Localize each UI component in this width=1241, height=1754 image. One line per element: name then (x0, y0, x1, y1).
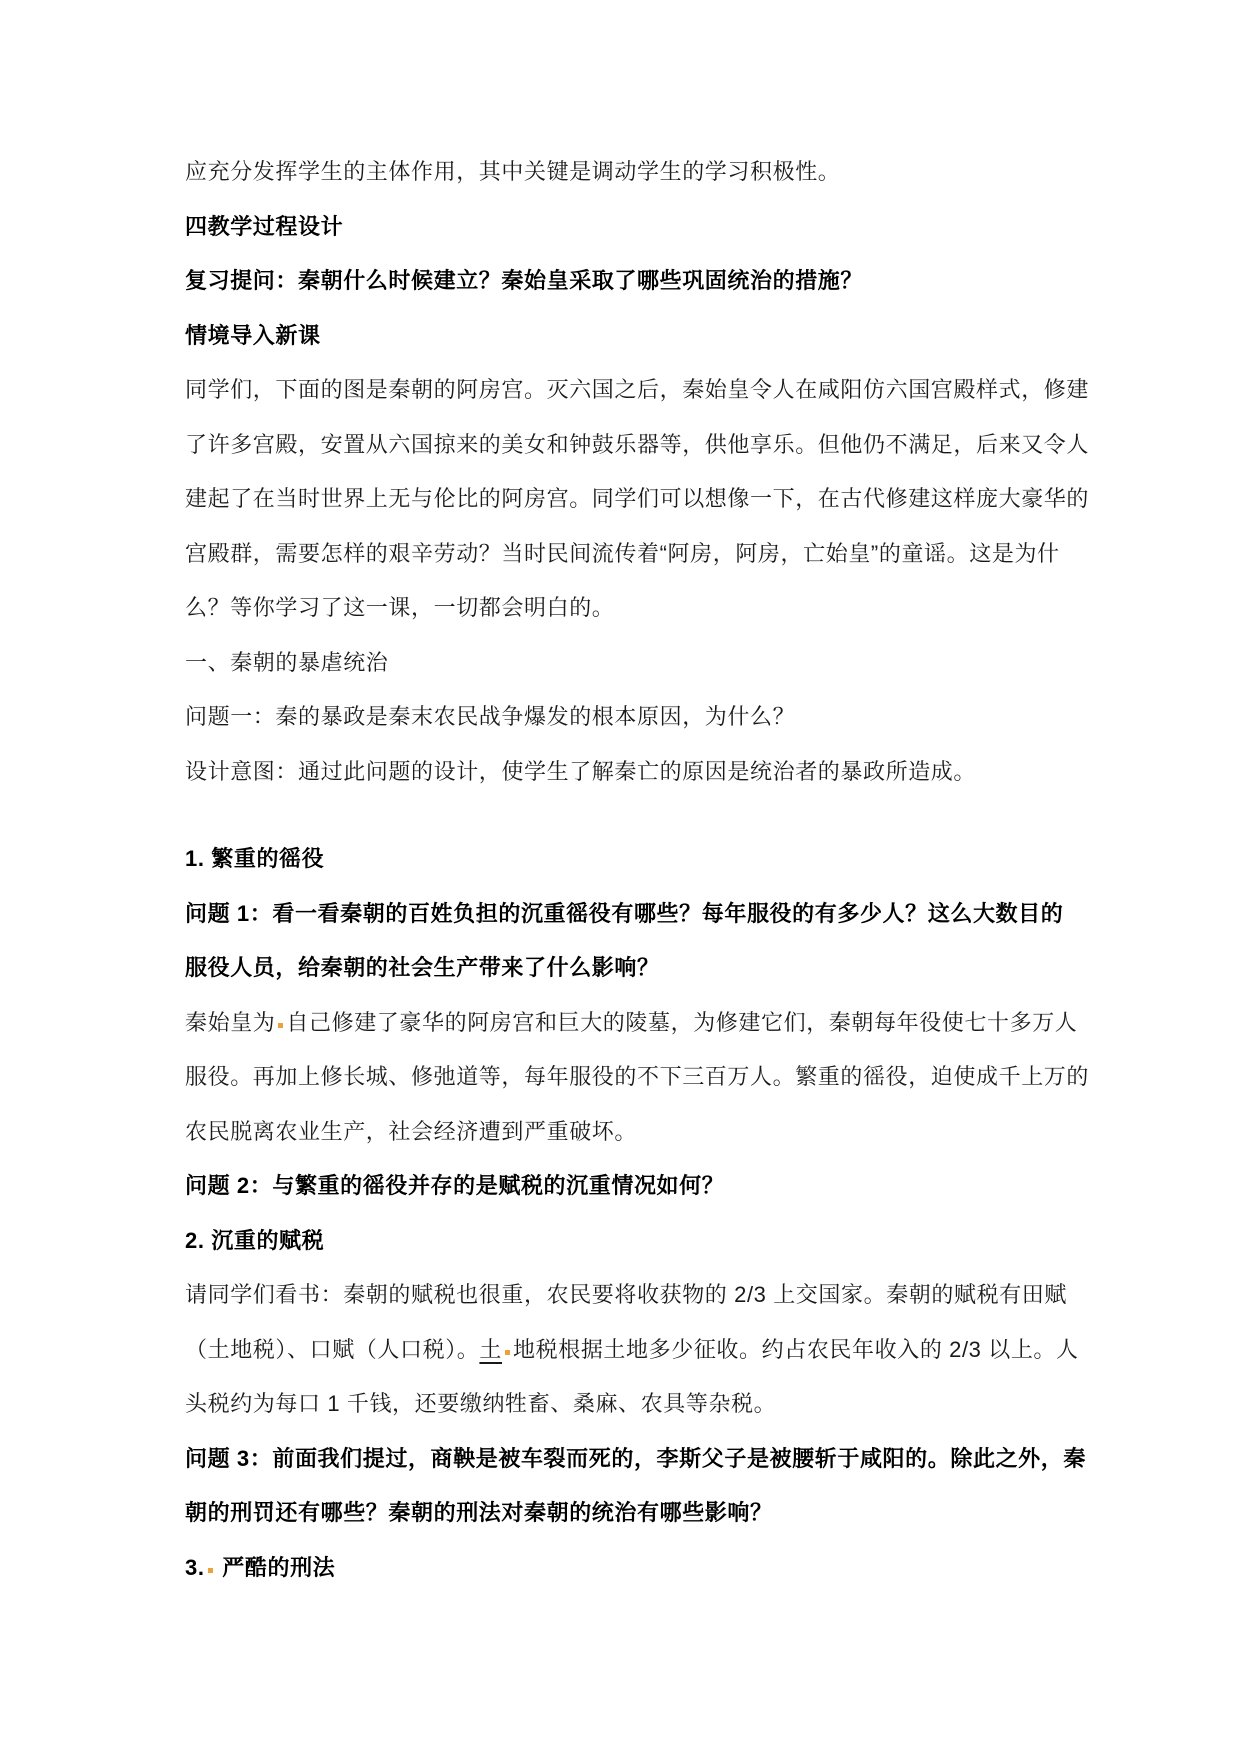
paragraph-line: 同学们，下面的图是秦朝的阿房宫。灭六国之后，秦始皇令人在咸阳仿六国宫殿样式，修建 (185, 363, 1105, 418)
proofing-mark-icon (208, 1568, 213, 1573)
paragraph-line: （土地税）、口赋（人口税）。土地税根据土地多少征收。约占农民年收入的 2/3 以… (185, 1323, 1105, 1378)
document-body: 应充分发挥学生的主体作用，其中关键是调动学生的学习积极性。四教学过程设计复习提问… (185, 145, 1105, 1595)
heading-line: 四教学过程设计 (185, 200, 1105, 255)
paragraph-line: 一、秦朝的暴虐统治 (185, 636, 1105, 691)
paragraph-line: 请同学们看书：秦朝的赋税也很重，农民要将收获物的 2/3 上交国家。秦朝的赋税有… (185, 1268, 1105, 1323)
text-segment: （土地税）、口赋（人口税）。 (185, 1337, 479, 1362)
paragraph-line: 建起了在当时世界上无与伦比的阿房宫。同学们可以想像一下，在古代修建这样庞大豪华的 (185, 472, 1105, 527)
heading-block: 问题 2：与繁重的徭役并存的是赋税的沉重情况如何？ (185, 1159, 1105, 1214)
paragraph-line: 农民脱离农业生产，社会经济遭到严重破坏。 (185, 1105, 1105, 1160)
heading-line: 2. 沉重的赋税 (185, 1214, 1105, 1269)
text-segment: 3. (185, 1555, 205, 1580)
paragraph-line: 么？等你学习了这一课，一切都会明白的。 (185, 581, 1105, 636)
heading-block: 复习提问：秦朝什么时候建立？秦始皇采取了哪些巩固统治的措施？ (185, 254, 1105, 309)
heading-block: 问题 1：看一看秦朝的百姓负担的沉重徭役有哪些？每年服役的有多少人？这么大数目的… (185, 887, 1105, 996)
paragraph-line: 设计意图：通过此问题的设计，使学生了解秦亡的原因是统治者的暴政所造成。 (185, 745, 1105, 800)
paragraph-line: 服役。再加上修长城、修弛道等，每年服役的不下三百万人。繁重的徭役，迫使成千上万的 (185, 1050, 1105, 1105)
paragraph-line: 问题一：秦的暴政是秦末农民战争爆发的根本原因，为什么？ (185, 690, 1105, 745)
paragraph-block: 一、秦朝的暴虐统治 (185, 636, 1105, 691)
proofing-mark-icon (278, 1023, 283, 1028)
paragraph-line: 应充分发挥学生的主体作用，其中关键是调动学生的学习积极性。 (185, 145, 1105, 200)
paragraph-spacer (185, 799, 1105, 832)
text-segment: 自己修建了豪华的阿房宫和巨大的陵墓，为修建它们，秦朝每年役使七十多万人 (286, 1010, 1077, 1035)
heading-block: 2. 沉重的赋税 (185, 1214, 1105, 1269)
heading-line: 复习提问：秦朝什么时候建立？秦始皇采取了哪些巩固统治的措施？ (185, 254, 1105, 309)
heading-block: 情境导入新课 (185, 309, 1105, 364)
paragraph-line: 了许多宫殿，安置从六国掠来的美女和钟鼓乐器等，供他享乐。但他仍不满足，后来又令人 (185, 418, 1105, 473)
paragraph-block: 请同学们看书：秦朝的赋税也很重，农民要将收获物的 2/3 上交国家。秦朝的赋税有… (185, 1268, 1105, 1432)
heading-line: 情境导入新课 (185, 309, 1105, 364)
paragraph-line: 秦始皇为自己修建了豪华的阿房宫和巨大的陵墓，为修建它们，秦朝每年役使七十多万人 (185, 996, 1105, 1051)
paragraph-block: 设计意图：通过此问题的设计，使学生了解秦亡的原因是统治者的暴政所造成。 (185, 745, 1105, 800)
text-segment: 地税根据土地多少征收。约占农民年收入的 2/3 以上。人 (513, 1337, 1079, 1362)
text-segment: 严酷的刑法 (216, 1555, 336, 1580)
text-segment: 秦始皇为 (185, 1010, 275, 1035)
document-page: 应充分发挥学生的主体作用，其中关键是调动学生的学习积极性。四教学过程设计复习提问… (0, 0, 1241, 1754)
heading-block: 四教学过程设计 (185, 200, 1105, 255)
heading-block: 1. 繁重的徭役 (185, 832, 1105, 887)
paragraph-block: 应充分发挥学生的主体作用，其中关键是调动学生的学习积极性。 (185, 145, 1105, 200)
paragraph-block: 秦始皇为自己修建了豪华的阿房宫和巨大的陵墓，为修建它们，秦朝每年役使七十多万人服… (185, 996, 1105, 1160)
paragraph-line: 头税约为每口 1 千钱，还要缴纳牲畜、桑麻、农具等杂税。 (185, 1377, 1105, 1432)
heading-line: 问题 2：与繁重的徭役并存的是赋税的沉重情况如何？ (185, 1159, 1105, 1214)
proofing-mark-icon (505, 1350, 510, 1355)
heading-block: 问题 3：前面我们提过，商鞅是被车裂而死的，李斯父子是被腰斩于咸阳的。除此之外，… (185, 1432, 1105, 1541)
heading-line: 问题 3：前面我们提过，商鞅是被车裂而死的，李斯父子是被腰斩于咸阳的。除此之外，… (185, 1432, 1105, 1487)
heading-block: 3. 严酷的刑法 (185, 1541, 1105, 1596)
heading-line: 问题 1：看一看秦朝的百姓负担的沉重徭役有哪些？每年服役的有多少人？这么大数目的 (185, 887, 1105, 942)
paragraph-block: 问题一：秦的暴政是秦末农民战争爆发的根本原因，为什么？ (185, 690, 1105, 745)
heading-line: 朝的刑罚还有哪些？秦朝的刑法对秦朝的统治有哪些影响？ (185, 1486, 1105, 1541)
heading-line: 3. 严酷的刑法 (185, 1541, 1105, 1596)
underlined-text-segment: 土 (479, 1337, 502, 1362)
heading-line: 服役人员，给秦朝的社会生产带来了什么影响？ (185, 941, 1105, 996)
paragraph-block: 同学们，下面的图是秦朝的阿房宫。灭六国之后，秦始皇令人在咸阳仿六国宫殿样式，修建… (185, 363, 1105, 636)
paragraph-line: 宫殿群，需要怎样的艰辛劳动？当时民间流传着“阿房，阿房，亡始皇”的童谣。这是为什 (185, 527, 1105, 582)
heading-line: 1. 繁重的徭役 (185, 832, 1105, 887)
